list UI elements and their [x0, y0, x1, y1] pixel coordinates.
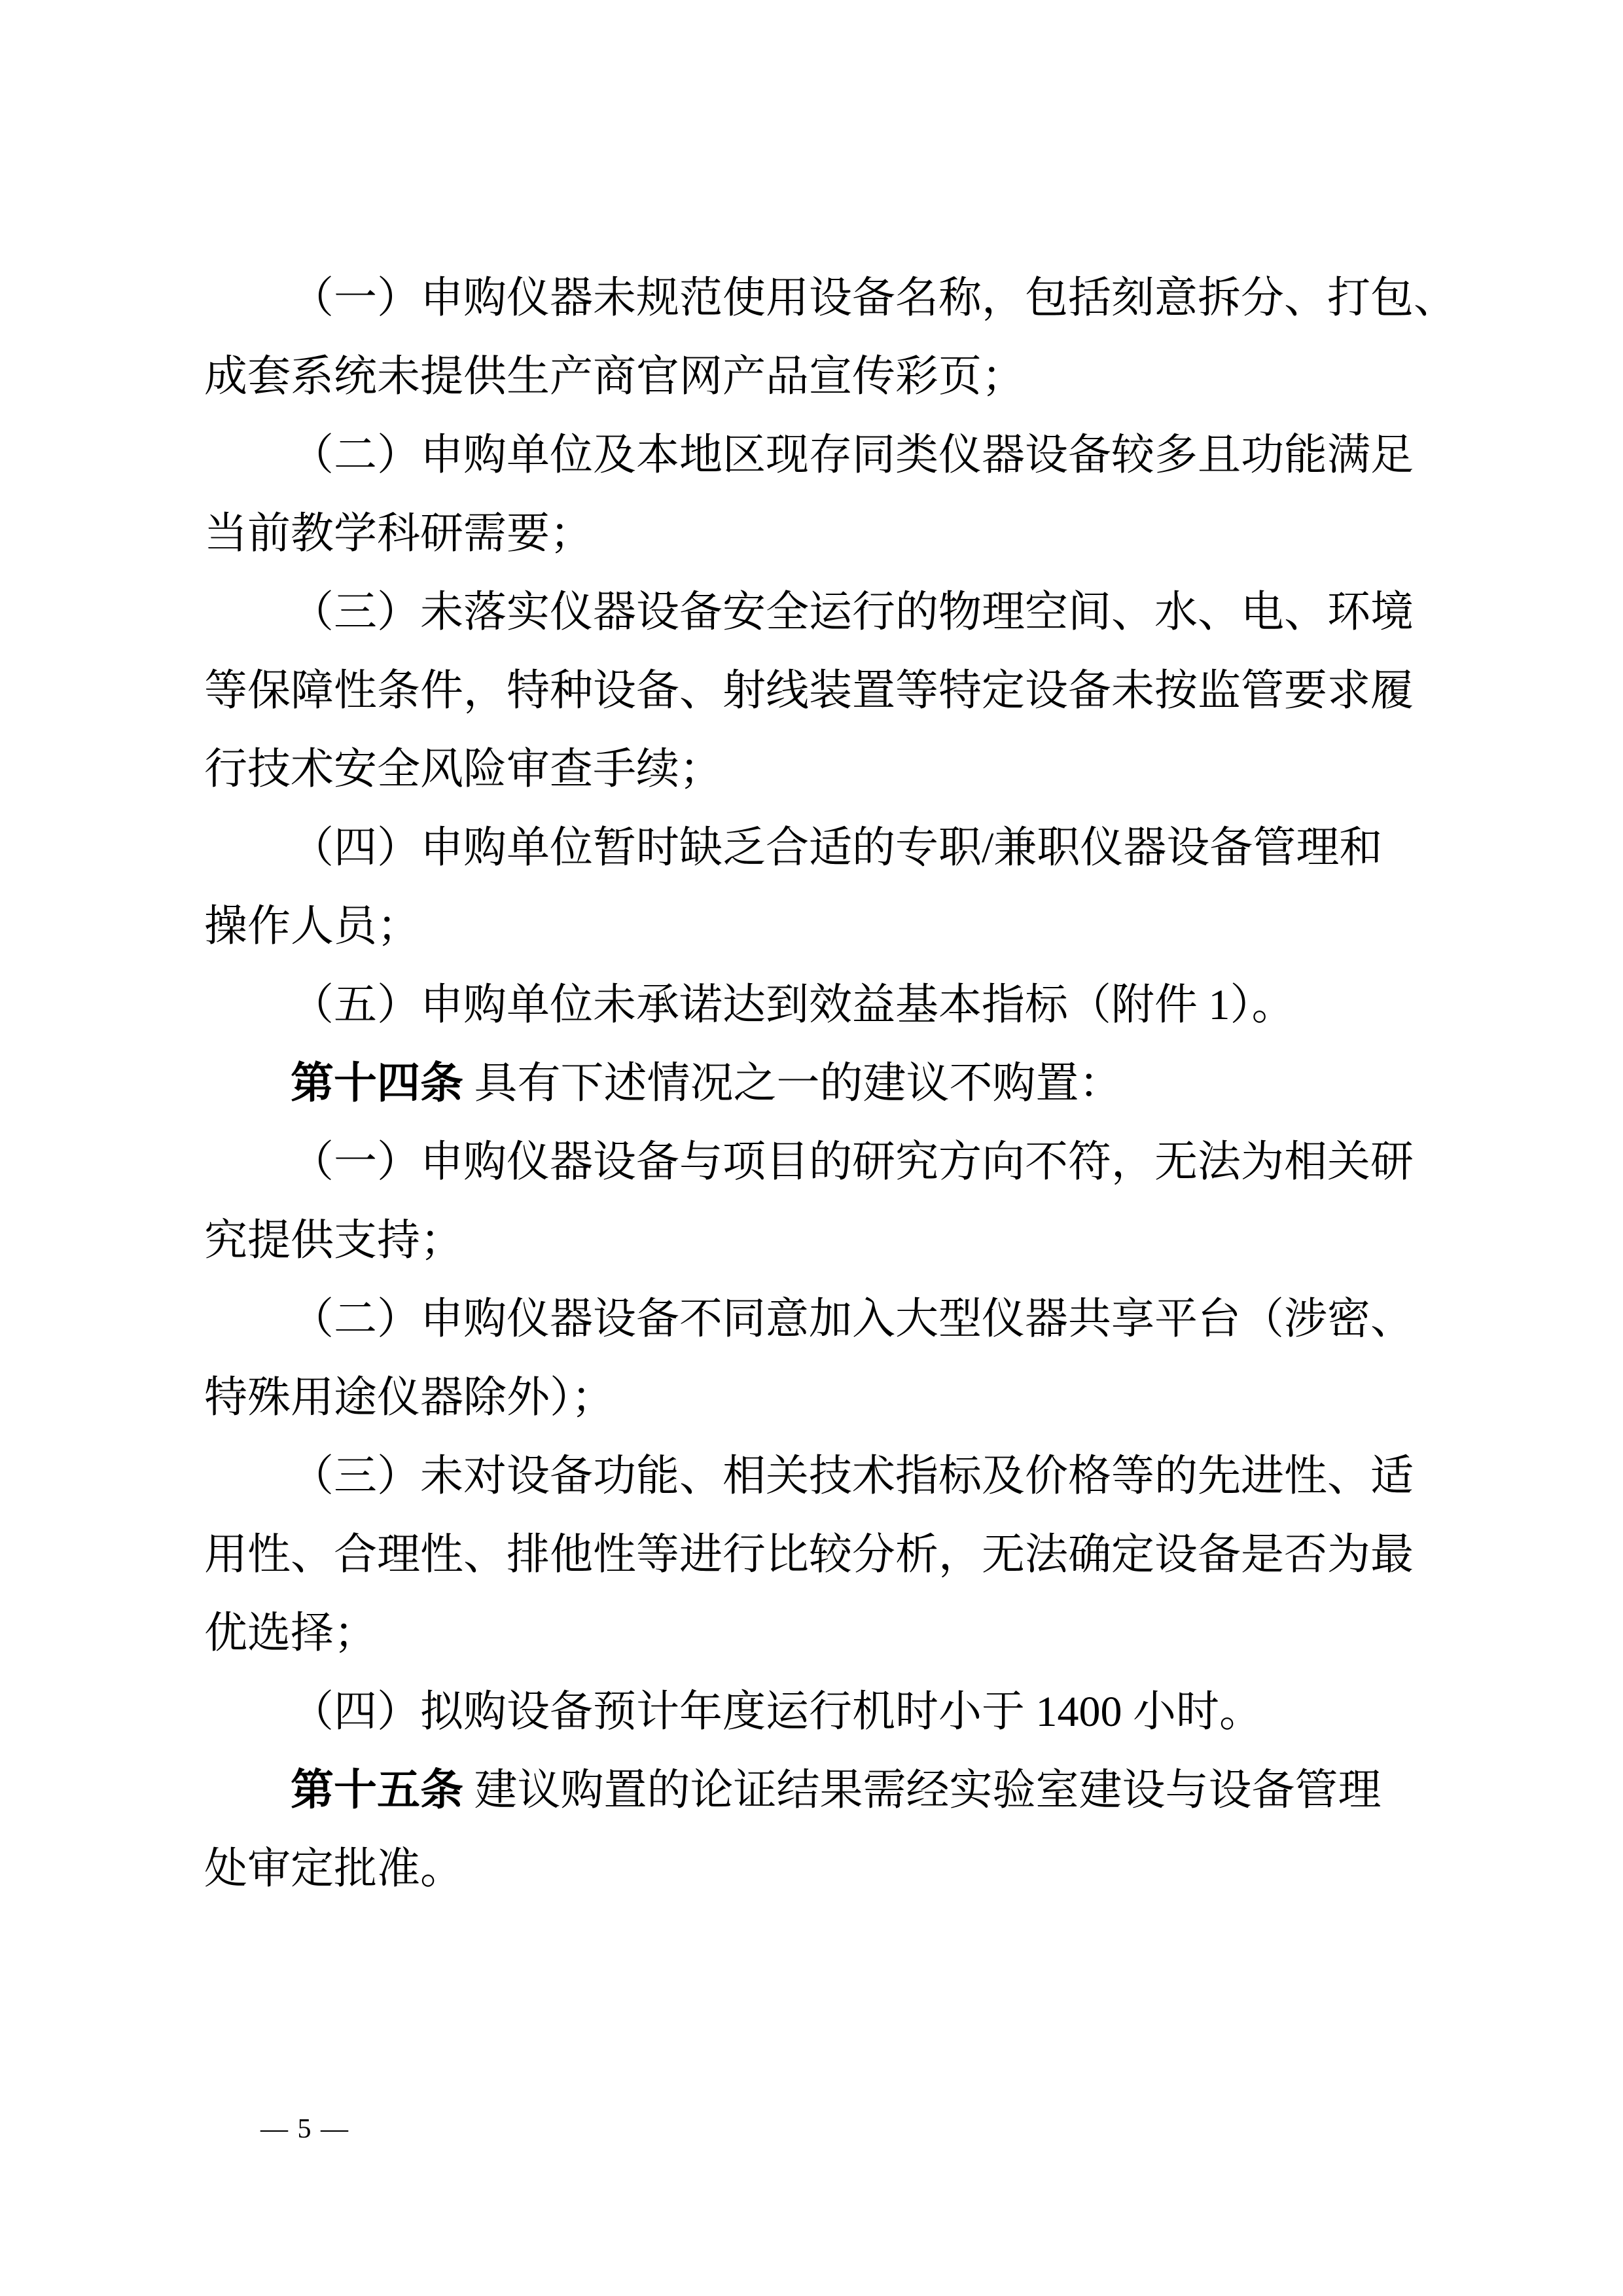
- text-line: 第十四条 具有下述情况之一的建议不购置：: [204, 1045, 1425, 1123]
- line-text: （三）未落实仪器设备安全运行的物理空间、水、电、环境: [291, 588, 1414, 636]
- text-line: 操作人员；: [204, 888, 1425, 966]
- text-line: （五）申购单位未承诺达到效益基本指标（附件 1）。: [204, 966, 1425, 1045]
- text-line: 究提供支持；: [204, 1202, 1425, 1280]
- text-line: （四）拟购设备预计年度运行机时小于 1400 小时。: [204, 1673, 1425, 1751]
- line-text: 建议购置的论证结果需经实验室建设与设备管理: [463, 1767, 1382, 1814]
- text-line: （二）申购仪器设备不同意加入大型仪器共享平台（涉密、: [204, 1280, 1425, 1359]
- line-text: 特殊用途仪器除外）；: [204, 1374, 615, 1422]
- text-line: 用性、合理性、排他性等进行比较分析，无法确定设备是否为最: [204, 1516, 1425, 1594]
- line-text: 处审定批准。: [204, 1845, 463, 1893]
- page-number: — 5 —: [260, 2113, 349, 2145]
- text-line: 当前教学科研需要；: [204, 495, 1425, 573]
- line-text: 行技术安全风险审查手续；: [204, 745, 722, 793]
- document-page: （一）申购仪器未规范使用设备名称，包括刻意拆分、打包、 成套系统未提供生产商官网…: [0, 0, 1623, 2296]
- text-line: 第十五条 建议购置的论证结果需经实验室建设与设备管理: [204, 1751, 1425, 1830]
- text-line: （一）申购仪器设备与项目的研究方向不符，无法为相关研: [204, 1123, 1425, 1202]
- line-text: （三）未对设备功能、相关技术指标及价格等的先进性、适: [291, 1452, 1414, 1500]
- text-line: 处审定批准。: [204, 1830, 1425, 1909]
- line-text: （四）申购单位暂时缺乏合适的专职/兼职仪器设备管理和: [291, 824, 1382, 872]
- text-line: 成套系统未提供生产商官网产品宣传彩页；: [204, 338, 1425, 416]
- text-line: （四）申购单位暂时缺乏合适的专职/兼职仪器设备管理和: [204, 809, 1425, 888]
- text-line: 优选择；: [204, 1594, 1425, 1673]
- clause-number: 第十四条: [291, 1060, 463, 1107]
- line-text: 优选择；: [204, 1609, 377, 1657]
- line-text: （五）申购单位未承诺达到效益基本指标（附件 1）。: [291, 981, 1295, 1029]
- text-line: 行技术安全风险审查手续；: [204, 730, 1425, 809]
- text-line: 等保障性条件，特种设备、射线装置等特定设备未按监管要求履: [204, 652, 1425, 730]
- line-text: （一）申购仪器未规范使用设备名称，包括刻意拆分、打包、: [291, 274, 1457, 322]
- line-text: 当前教学科研需要；: [204, 510, 593, 558]
- line-text: （二）申购单位及本地区现存同类仪器设备较多且功能满足: [291, 431, 1414, 479]
- line-text: 等保障性条件，特种设备、射线装置等特定设备未按监管要求履: [204, 667, 1414, 715]
- text-line: （一）申购仪器未规范使用设备名称，包括刻意拆分、打包、: [204, 259, 1425, 338]
- line-text: （一）申购仪器设备与项目的研究方向不符，无法为相关研: [291, 1138, 1414, 1186]
- line-text: 用性、合理性、排他性等进行比较分析，无法确定设备是否为最: [204, 1531, 1414, 1579]
- clause-number: 第十五条: [291, 1767, 463, 1814]
- line-text: （四）拟购设备预计年度运行机时小于 1400 小时。: [291, 1688, 1262, 1736]
- line-text: 操作人员；: [204, 903, 420, 950]
- line-text: （二）申购仪器设备不同意加入大型仪器共享平台（涉密、: [291, 1295, 1414, 1343]
- document-body: （一）申购仪器未规范使用设备名称，包括刻意拆分、打包、 成套系统未提供生产商官网…: [204, 259, 1425, 1909]
- line-text: 究提供支持；: [204, 1217, 463, 1265]
- line-text: 具有下述情况之一的建议不购置：: [463, 1060, 1122, 1107]
- line-text: 成套系统未提供生产商官网产品宣传彩页；: [204, 353, 1025, 401]
- text-line: （二）申购单位及本地区现存同类仪器设备较多且功能满足: [204, 416, 1425, 495]
- text-line: （三）未落实仪器设备安全运行的物理空间、水、电、环境: [204, 573, 1425, 652]
- text-line: （三）未对设备功能、相关技术指标及价格等的先进性、适: [204, 1437, 1425, 1516]
- text-line: 特殊用途仪器除外）；: [204, 1359, 1425, 1437]
